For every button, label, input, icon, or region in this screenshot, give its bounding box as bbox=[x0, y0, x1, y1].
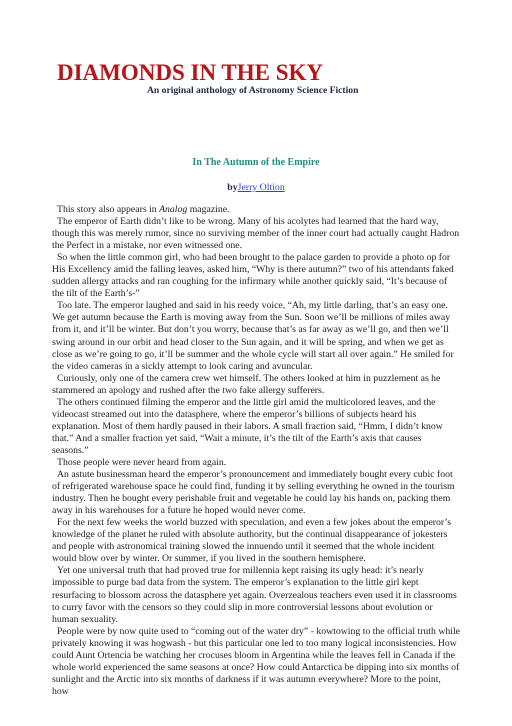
paragraph: For the next few weeks the world buzzed … bbox=[52, 517, 460, 565]
book-title: DIAMONDS IN THE SKY bbox=[57, 60, 323, 86]
story-body: This story also appears in Analog magazi… bbox=[52, 204, 460, 698]
byline: byJerry Oltion bbox=[0, 182, 512, 194]
paragraph: Yet one universal truth that had proved … bbox=[52, 565, 460, 625]
note-suffix: magazine. bbox=[187, 204, 229, 215]
byline-prefix: by bbox=[227, 182, 237, 193]
paragraph: So when the little common girl, who had … bbox=[52, 252, 460, 300]
paragraph: An astute businessman heard the emperor’… bbox=[52, 469, 460, 517]
author-link[interactable]: Jerry Oltion bbox=[238, 182, 285, 193]
paragraph: Too late. The emperor laughed and said i… bbox=[52, 300, 460, 372]
paragraph: The emperor of Earth didn’t like to be w… bbox=[52, 216, 460, 252]
note-prefix: This story also appears in bbox=[57, 204, 159, 215]
story-title: In The Autumn of the Empire bbox=[0, 157, 512, 169]
paragraph: People were by now quite used to “coming… bbox=[52, 626, 460, 698]
paragraph: The others continued filming the emperor… bbox=[52, 397, 460, 457]
publication-note: This story also appears in Analog magazi… bbox=[52, 204, 460, 216]
book-subtitle: An original anthology of Astronomy Scien… bbox=[147, 85, 358, 97]
paragraph: Curiously, only one of the camera crew w… bbox=[52, 373, 460, 397]
paragraph: Those people were never heard from again… bbox=[52, 457, 460, 469]
magazine-name: Analog bbox=[159, 204, 187, 215]
